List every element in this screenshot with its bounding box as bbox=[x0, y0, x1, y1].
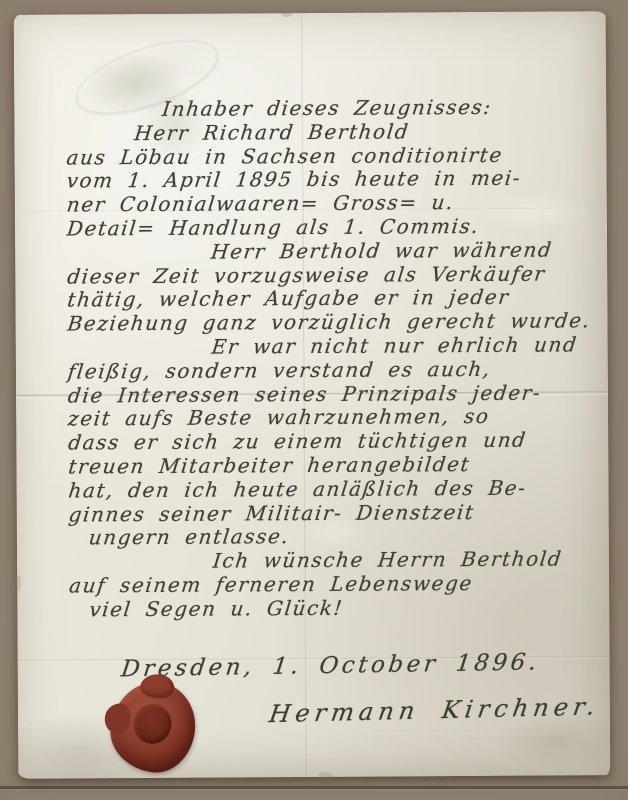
wood-plank-gap bbox=[0, 786, 628, 789]
handwriting-line: Inhaber dieses Zeugnisses: bbox=[161, 95, 602, 121]
handwriting-lines: Inhaber dieses Zeugnisses:Herr Richard B… bbox=[14, 95, 603, 622]
wax-seal-center bbox=[131, 702, 174, 747]
photo-background: Inhaber dieses Zeugnisses:Herr Richard B… bbox=[0, 0, 628, 800]
handwriting-line: vom 1. April 1895 bis heute in mei- bbox=[65, 167, 602, 194]
handwriting-line: Er war nicht nur ehrlich und bbox=[210, 333, 603, 359]
handwriting-line: viel Segen u. Glück! bbox=[88, 595, 605, 622]
handwriting-line: dass er sich zu einem tüchtigen und bbox=[67, 428, 604, 455]
torn-edge-top bbox=[282, 11, 292, 17]
handwriting-line: Herr Richard Berthold bbox=[133, 119, 602, 146]
handwriting-line: Herr Berthold war während bbox=[210, 238, 603, 264]
signature: Hermann Kirchner. bbox=[267, 692, 602, 728]
handwriting-line: auf seinem ferneren Lebenswege bbox=[68, 571, 605, 598]
handwriting-line: ner Colonialwaaren= Gross= u. bbox=[65, 190, 602, 217]
handwriting-line: Ich wünsche Herrn Berthold bbox=[212, 547, 605, 573]
handwriting-line: hat, den ich heute anläßlich des Be- bbox=[67, 476, 604, 503]
letter-paper: Inhaber dieses Zeugnisses:Herr Richard B… bbox=[14, 11, 611, 779]
red-wax-seal bbox=[105, 677, 200, 777]
torn-edge-bottom bbox=[318, 772, 332, 779]
date-line: Dresden, 1. October 1896. bbox=[120, 649, 541, 682]
